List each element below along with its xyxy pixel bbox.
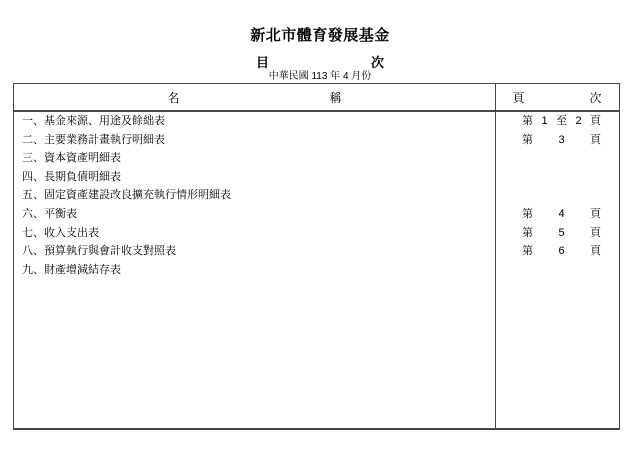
toc-table: 名 稱 頁 次 一、基金來源、用途及餘絀表 第 1 至 2 頁 二、主要業 xyxy=(13,83,620,430)
table-row: 六、平衡表 第 4 頁 xyxy=(14,205,619,224)
table-row: 八、預算執行與會計收支對照表 第 6 頁 xyxy=(14,242,619,261)
page-slot xyxy=(536,242,553,261)
row-name: 七、收入支出表 xyxy=(14,224,495,243)
row-name: 六、平衡表 xyxy=(14,205,495,224)
page-slot xyxy=(536,224,553,243)
row-page-cell xyxy=(495,261,619,280)
page-slot: 1 xyxy=(536,112,553,131)
row-name: 八、預算執行與會計收支對照表 xyxy=(14,242,495,261)
page-slot: 第 xyxy=(519,131,536,150)
header-name-right: 稱 xyxy=(330,89,342,106)
row-name: 四、長期負債明細表 xyxy=(14,168,495,187)
page-slot: 2 xyxy=(570,112,587,131)
table-row: 一、基金來源、用途及餘絀表 第 1 至 2 頁 xyxy=(14,112,619,131)
header-page-left: 頁 xyxy=(512,89,524,106)
page-slot: 第 xyxy=(519,242,536,261)
page-title: 新北市體育發展基金 xyxy=(0,24,640,45)
row-page-cell: 第 3 頁 xyxy=(495,131,619,150)
page-slot xyxy=(536,205,553,224)
header-name-cell: 名 稱 xyxy=(14,84,495,110)
page-slot: 5 xyxy=(553,224,570,243)
table-body: 一、基金來源、用途及餘絀表 第 1 至 2 頁 二、主要業務計畫執行明細表 第 … xyxy=(14,112,619,279)
page-slot: 頁 xyxy=(587,112,604,131)
page-slot xyxy=(570,242,587,261)
page-slot xyxy=(570,205,587,224)
row-name: 一、基金來源、用途及餘絀表 xyxy=(14,112,495,131)
row-page-cell: 第 6 頁 xyxy=(495,242,619,261)
page-slot: 4 xyxy=(553,205,570,224)
page-slot: 頁 xyxy=(587,205,604,224)
row-page-cell: 第 4 頁 xyxy=(495,205,619,224)
page-slot xyxy=(570,131,587,150)
table-row: 九、財產增減結存表 xyxy=(14,261,619,280)
table-row: 七、收入支出表 第 5 頁 xyxy=(14,224,619,243)
table-row: 二、主要業務計畫執行明細表 第 3 頁 xyxy=(14,131,619,150)
header-name-left: 名 xyxy=(167,89,179,106)
table-row: 三、資本資產明細表 xyxy=(14,149,619,168)
document-page: 新北市體育發展基金 目 次 中華民國 113 年 4 月份 名 稱 頁 次 一、… xyxy=(0,0,640,452)
table-row: 四、長期負債明細表 xyxy=(14,168,619,187)
page-slot: 第 xyxy=(519,224,536,243)
row-page-cell xyxy=(495,168,619,187)
row-page-cell xyxy=(495,186,619,205)
row-name: 九、財產增減結存表 xyxy=(14,261,495,280)
header-page-right: 次 xyxy=(590,89,602,106)
row-page-cell: 第 5 頁 xyxy=(495,224,619,243)
row-name: 五、固定資產建設改良擴充執行情形明細表 xyxy=(14,186,495,205)
page-slot: 第 xyxy=(519,112,536,131)
row-name: 二、主要業務計畫執行明細表 xyxy=(14,131,495,150)
page-slot xyxy=(570,224,587,243)
row-page-cell: 第 1 至 2 頁 xyxy=(495,112,619,131)
page-slot: 至 xyxy=(553,112,570,131)
row-name: 三、資本資產明細表 xyxy=(14,149,495,168)
page-slot: 頁 xyxy=(587,242,604,261)
page-slot: 6 xyxy=(553,242,570,261)
row-page-cell xyxy=(495,149,619,168)
table-row: 五、固定資產建設改良擴充執行情形明細表 xyxy=(14,186,619,205)
page-slot xyxy=(536,131,553,150)
page-slot: 頁 xyxy=(587,131,604,150)
date-line: 中華民國 113 年 4 月份 xyxy=(0,67,640,82)
page-slot: 第 xyxy=(519,205,536,224)
page-slot: 頁 xyxy=(587,224,604,243)
page-slot: 3 xyxy=(553,131,570,150)
header-page-cell: 頁 次 xyxy=(495,84,619,110)
table-header: 名 稱 頁 次 xyxy=(14,84,619,112)
